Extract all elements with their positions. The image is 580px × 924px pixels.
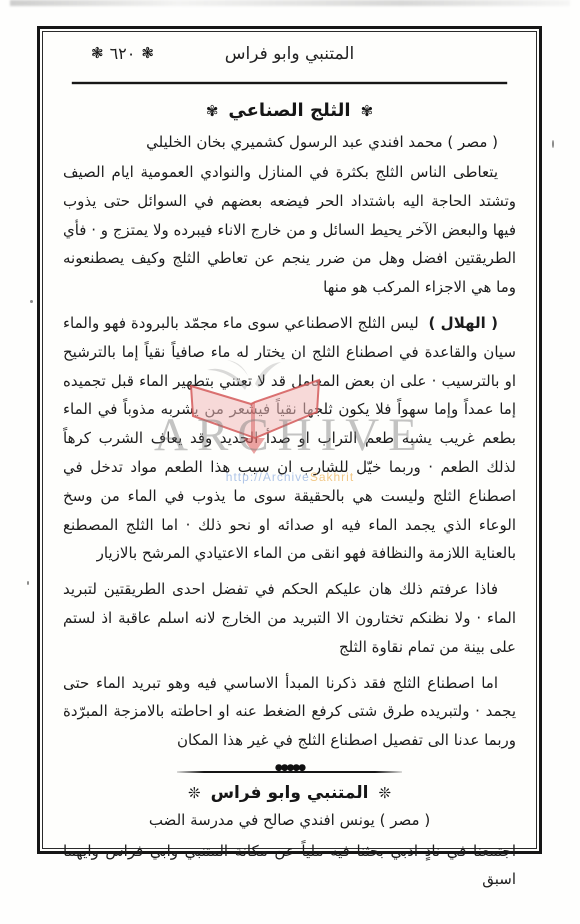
page-frame: المتنبي وابو فراس ❃ ٦٢٠ ❃ ✾ الثلج الصناع… [37,26,542,854]
page-content: المتنبي وابو فراس ❃ ٦٢٠ ❃ ✾ الثلج الصناع… [42,31,537,849]
article2-text: اجتمعنا في نادٍ ادبي بحثنا فيه ملياً عن … [63,837,516,894]
star-ornament-icon: ❊ [378,784,391,802]
answer-source-label: ( الهلال ) [428,314,498,332]
ornament-star-icon: ❃ [91,46,104,61]
scan-speck [552,140,554,148]
ornament-star-icon: ❃ [141,46,154,61]
section-divider: ●●●●● [177,767,402,777]
fleuron-icon: ✾ [361,102,374,120]
answer-paragraph-3: اما اصطناع الثلج فقد ذكرنا المبدأ الاساس… [63,669,516,755]
fleuron-icon: ✾ [206,102,219,120]
page-number: ❃ ٦٢٠ ❃ [91,44,154,63]
article1-answer: ( الهلال ) ليس الثلج الاصطناعي سوى ماء م… [63,309,516,568]
article2-title-text: المتنبي وابو فراس [211,783,369,803]
article1-question: يتعاطى الناس الثلج بكثرة في المنازل والن… [63,158,516,302]
page-header: المتنبي وابو فراس ❃ ٦٢٠ ❃ [63,42,516,76]
divider-beads: ●●●●● [275,763,304,773]
running-title: المتنبي وابو فراس [225,44,355,64]
article1-title-text: الثلج الصناعي [228,100,350,121]
scan-artifact-top [10,0,570,6]
page-number-value: ٦٢٠ [110,44,136,63]
scan-speck [30,300,33,303]
answer-paragraph-1: ليس الثلج الاصطناعي سوى ماء مجمّد بالبرو… [63,314,516,562]
header-rule [72,82,507,84]
scan-speck [27,581,29,585]
article1-title: ✾ الثلج الصناعي ✾ [63,100,516,121]
article1-byline: ( مصر ) محمد افندي عبد الرسول كشميري بخا… [63,133,498,151]
star-ornament-icon: ❊ [188,784,201,802]
article2-byline: ( مصر ) يونس افندي صالح في مدرسة الضب [63,811,516,829]
answer-paragraph-2: فاذا عرفتم ذلك هان عليكم الحكم في تفضل ا… [63,575,516,661]
article2-title: ❊ المتنبي وابو فراس ❊ [63,783,516,803]
